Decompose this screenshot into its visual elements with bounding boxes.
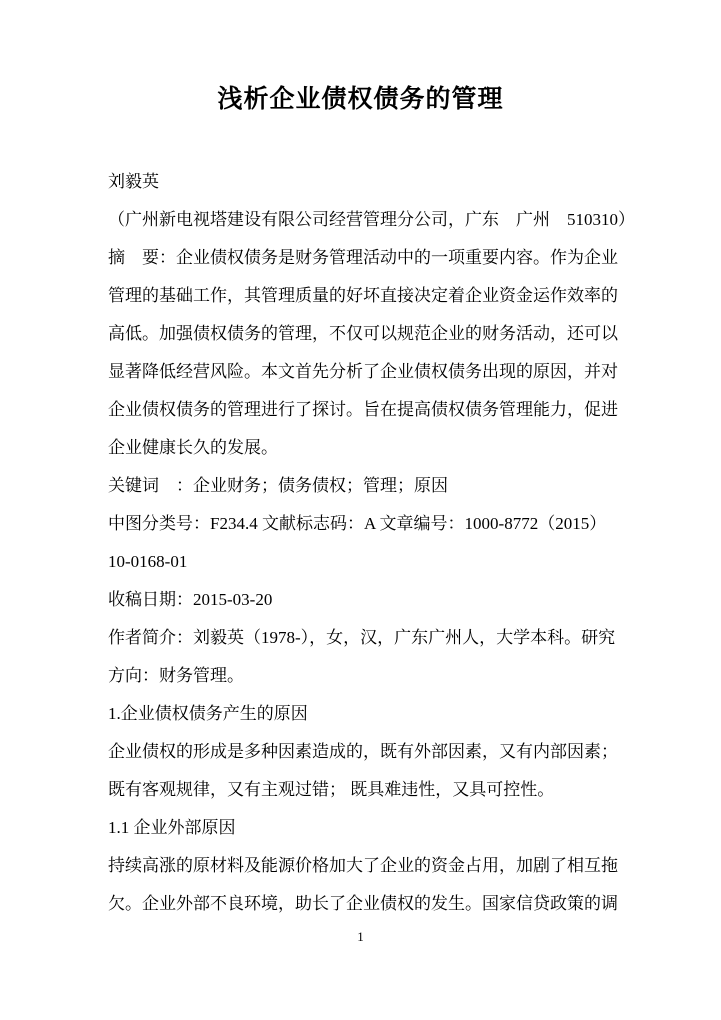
abstract-line: 管理的基础工作，其管理质量的好坏直接决定着企业资金运作效率的 (108, 277, 620, 315)
author-bio-line: 作者简介：刘毅英（1978-），女，汉，广东广州人，大学本科。研究 (108, 619, 620, 657)
document-title: 浅析企业债权债务的管理 (0, 0, 721, 116)
keywords-line: 关键词 ：企业财务；债务债权；管理；原因 (108, 467, 620, 505)
abstract-line: 摘 要：企业债权债务是财务管理活动中的一项重要内容。作为企业 (108, 239, 620, 277)
received-date-line: 收稿日期：2015-03-20 (108, 581, 620, 619)
document-page: 浅析企业债权债务的管理 刘毅英 （广州新电视塔建设有限公司经营管理分公司，广东 … (0, 0, 721, 1020)
document-body: 刘毅英 （广州新电视塔建设有限公司经营管理分公司，广东 广州 510310） 摘… (108, 163, 620, 923)
abstract-line: 企业健康长久的发展。 (108, 429, 620, 467)
author-name: 刘毅英 (108, 163, 620, 201)
abstract-line: 高低。加强债权债务的管理，不仅可以规范企业的财务活动，还可以 (108, 315, 620, 353)
section1-line: 企业债权的形成是多种因素造成的，既有外部因素，又有内部因素； (108, 733, 620, 771)
section1-1-line: 持续高涨的原材料及能源价格加大了企业的资金占用，加剧了相互拖 (108, 847, 620, 885)
section1-1-heading: 1.1 企业外部原因 (108, 809, 620, 847)
page-number: 1 (0, 929, 721, 945)
section1-line: 既有客观规律，又有主观过错； 既具难违性，又具可控性。 (108, 771, 620, 809)
classification-line: 10-0168-01 (108, 543, 620, 581)
section1-heading: 1.企业债权债务产生的原因 (108, 695, 620, 733)
abstract-line: 企业债权债务的管理进行了探讨。旨在提高债权债务管理能力，促进 (108, 391, 620, 429)
abstract-line: 显著降低经营风险。本文首先分析了企业债权债务出现的原因，并对 (108, 353, 620, 391)
affiliation: （广州新电视塔建设有限公司经营管理分公司，广东 广州 510310） (108, 201, 620, 239)
section1-1-line: 欠。企业外部不良环境，助长了企业债权的发生。国家信贷政策的调 (108, 885, 620, 923)
author-bio-line: 方向：财务管理。 (108, 657, 620, 695)
classification-line: 中图分类号：F234.4 文献标志码：A 文章编号：1000-8772（2015… (108, 505, 620, 543)
